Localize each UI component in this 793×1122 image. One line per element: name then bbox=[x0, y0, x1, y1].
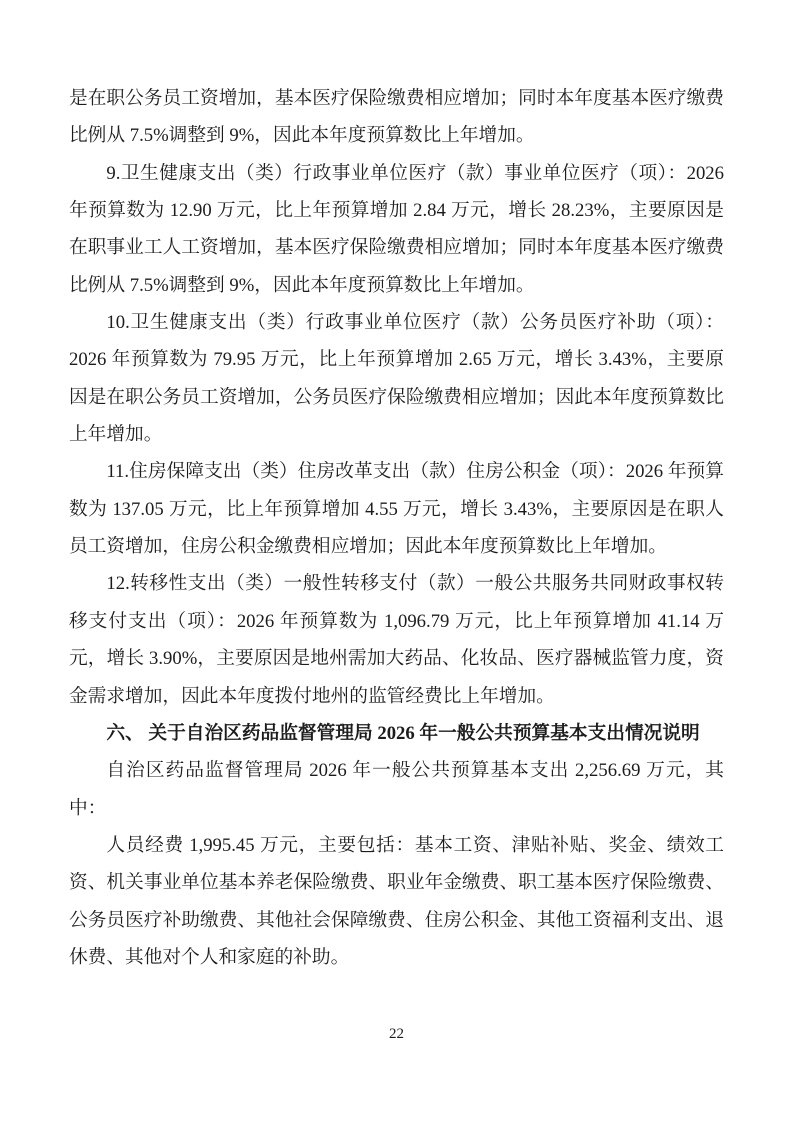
paragraph-item-12-transfer-expenditure: 12.转移性支出（类）一般性转移支付（款）一般公共服务共同财政事权转移支付支出（… bbox=[69, 565, 724, 714]
document-page: 是在职公务员工资增加，基本医疗保险缴费相应增加；同时本年度基本医疗缴费比例从 7… bbox=[0, 0, 793, 1122]
section-heading-6-basic-expenditure: 六、 关于自治区药品监督管理局 2026 年一般公共预算基本支出情况说明 bbox=[69, 715, 724, 752]
paragraph-personnel-expenses: 人员经费 1,995.45 万元，主要包括：基本工资、津贴补贴、奖金、绩效工资、… bbox=[69, 827, 724, 976]
paragraph-item-11-housing-fund: 11.住房保障支出（类）住房改革支出（款）住房公积金（项）：2026 年预算数为… bbox=[69, 453, 724, 565]
paragraph-item-9-health-expenditure: 9.卫生健康支出（类）行政事业单位医疗（款）事业单位医疗（项）：2026 年预算… bbox=[69, 155, 724, 304]
paragraph-continuation: 是在职公务员工资增加，基本医疗保险缴费相应增加；同时本年度基本医疗缴费比例从 7… bbox=[69, 80, 724, 155]
paragraph-item-10-civil-servant-medical-subsidy: 10.卫生健康支出（类）行政事业单位医疗（款）公务员医疗补助（项）：2026 年… bbox=[69, 304, 724, 453]
page-number: 22 bbox=[0, 1024, 793, 1044]
document-body: 是在职公务员工资增加，基本医疗保险缴费相应增加；同时本年度基本医疗缴费比例从 7… bbox=[69, 80, 724, 976]
paragraph-basic-expenditure-total: 自治区药品监督管理局 2026 年一般公共预算基本支出 2,256.69 万元，… bbox=[69, 752, 724, 827]
